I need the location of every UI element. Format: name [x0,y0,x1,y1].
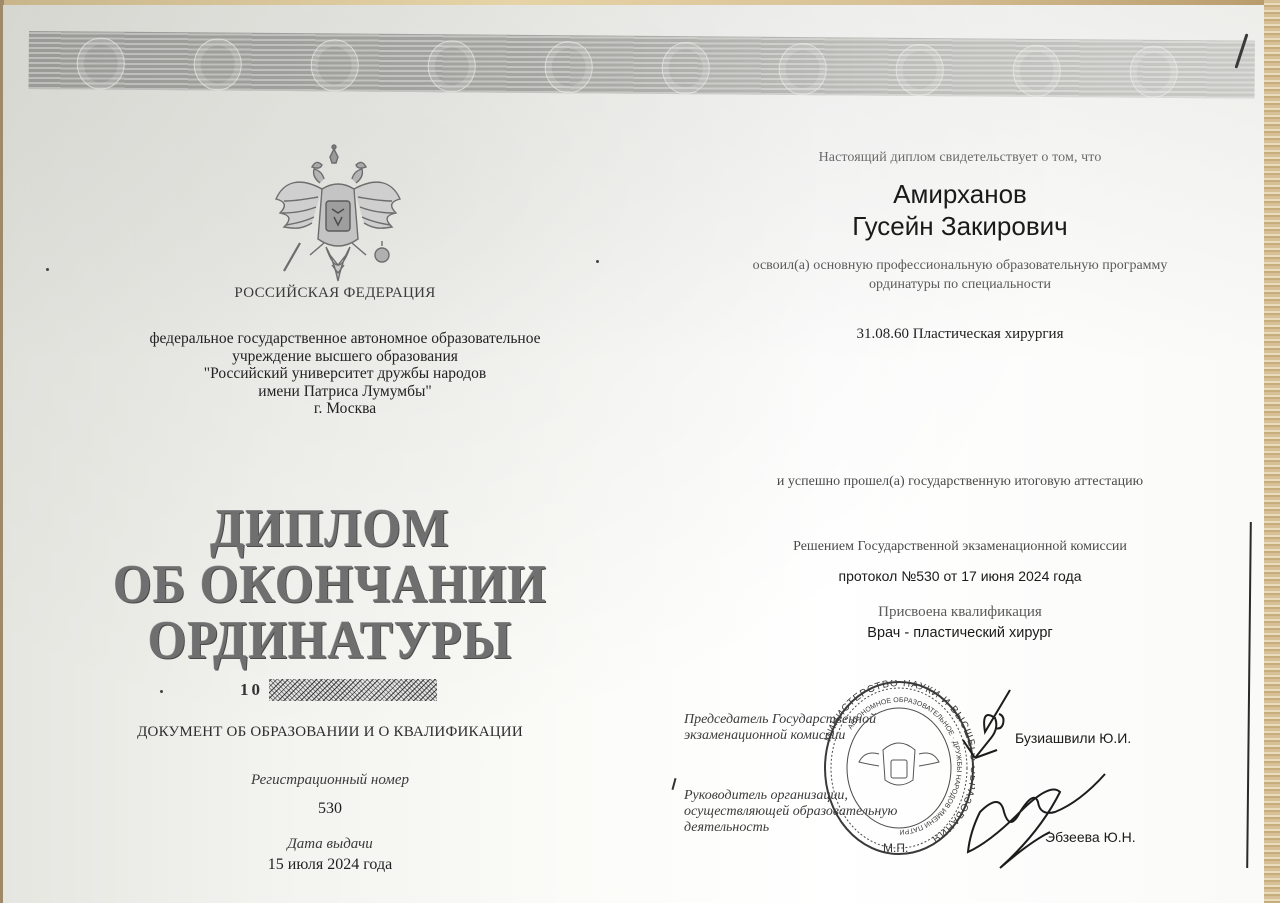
institution-city: г. Москва [100,400,590,418]
print-dot [596,260,599,263]
security-band [29,31,1255,99]
institution-line: "Российский университет дружбы народов [100,365,590,383]
document-type: ДОКУМЕНТ ОБ ОБРАЗОВАНИИ И О КВАЛИФИКАЦИИ [100,724,560,741]
institution-line: федеральное государственное автономное о… [100,330,590,348]
title-line: ОРДИНАТУРЫ [91,612,569,668]
issue-date-label: Дата выдачи [200,836,460,853]
commission-decision: Решением Государственной экзаменационной… [690,539,1230,555]
print-dot [160,690,163,693]
serial-redacted-block [269,679,437,701]
qualification: Врач - пластический хирург [690,625,1230,641]
svg-text:МИНИСТЕРСТВО НАУКИ И ВЫСШЕГО О: МИНИСТЕРСТВО НАУКИ И ВЫСШЕГО ОБРАЗОВАНИЯ [823,680,975,845]
graduate-surname: Амирханов [690,179,1230,210]
graduate-given-names: Гусейн Закирович [690,211,1230,242]
serial-number: 10 [240,678,437,702]
rosette-icon [194,38,242,90]
protocol-number: протокол №530 от 17 июня 2024 года [690,568,1230,584]
institution-line: имени Патриса Лумумбы" [100,383,590,401]
rosette-icon [311,39,359,91]
program-text-2: ординатуры по специальности [690,277,1230,293]
specialty: 31.08.60 Пластическая хирургия [690,326,1230,343]
svg-text:М.П.: М.П. [883,841,908,855]
certifies-text: Настоящий диплом свидетельствует о том, … [690,150,1230,166]
wooden-surface-edge [1264,0,1280,903]
chair-name: Бузиашвили Ю.И. [1015,730,1131,746]
rosette-icon [545,41,593,93]
registration-label: Регистрационный номер [200,772,460,789]
official-seal-icon: МИНИСТЕРСТВО НАУКИ И ВЫСШЕГО ОБРАЗОВАНИЯ… [823,680,975,862]
diploma-sheet [3,5,1264,903]
program-text: освоил(а) основную профессиональную обра… [690,258,1230,274]
attestation-text: и успешно прошел(а) государственную итог… [690,474,1230,490]
title-line: ОБ ОКОНЧАНИИ [91,556,569,612]
rosette-icon [1130,46,1178,98]
qualification-label: Присвоена квалификация [690,604,1230,621]
institution-line: учреждение высшего образования [100,348,590,366]
rosette-icon [428,40,476,92]
issue-date: 15 июля 2024 года [200,856,460,874]
rosette-icon [662,42,710,94]
registration-number: 530 [200,800,460,818]
country-name: РОССИЙСКАЯ ФЕДЕРАЦИЯ [200,285,470,302]
rosette-icon [77,37,125,89]
diploma-title: ДИПЛОМ ОБ ОКОНЧАНИИ ОРДИНАТУРЫ [70,500,590,668]
head-name: Эбзеева Ю.Н. [1045,829,1136,845]
coat-of-arms-icon [270,143,406,288]
rosette-icon [779,43,827,95]
rosette-icon [896,44,944,96]
institution-name: федеральное государственное автономное о… [100,330,590,418]
title-line: ДИПЛОМ [91,500,569,556]
serial-prefix: 10 [240,680,263,700]
print-dot [46,268,49,271]
rosette-icon [1013,45,1061,97]
